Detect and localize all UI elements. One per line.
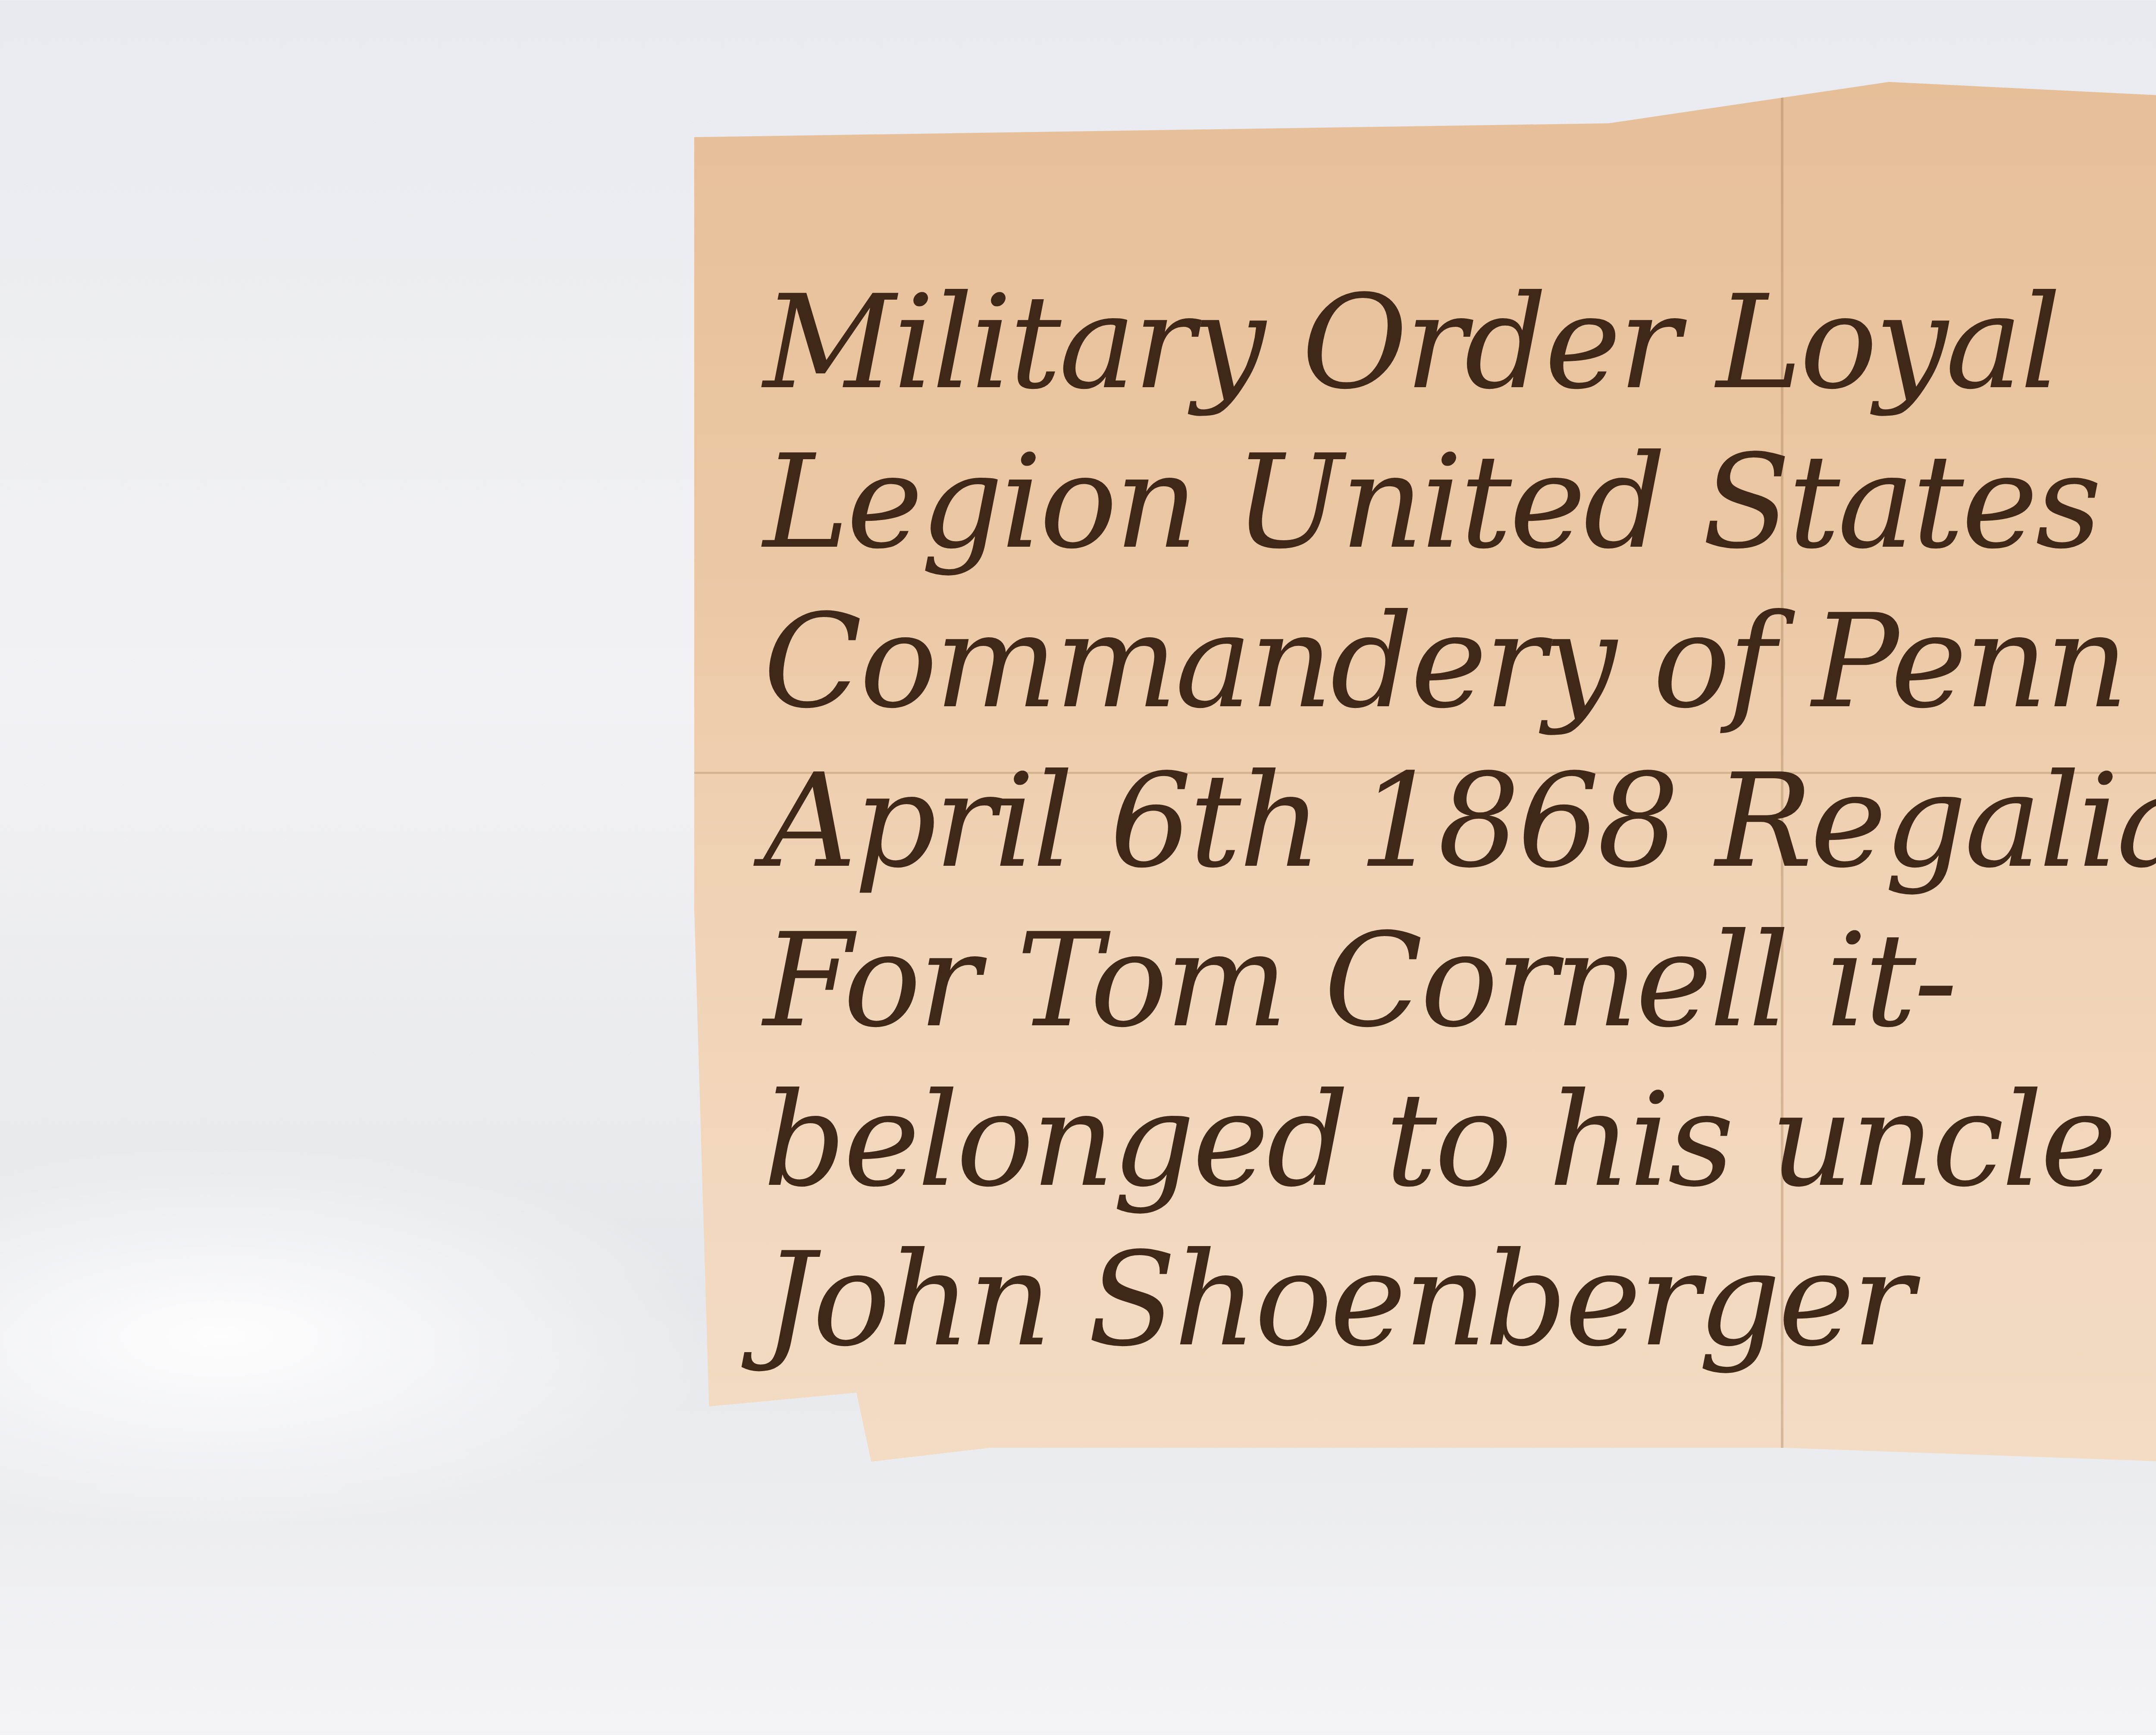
note-line: Legion United States	[763, 423, 2100, 582]
note-line: For Tom Cornell it-	[763, 901, 2100, 1061]
handwritten-note: Military Order Loyal Legion United State…	[694, 82, 2156, 1462]
note-line: belonged to his uncle	[763, 1061, 2100, 1220]
note-line: Commandery of Penn	[763, 582, 2100, 742]
note-line: Military Order Loyal	[763, 263, 2100, 423]
light-glare	[0, 1143, 733, 1531]
note-line: John Shoenberger	[763, 1220, 2100, 1380]
note-line: April 6th 1868 Regalia	[763, 742, 2100, 901]
note-text: Military Order Loyal Legion United State…	[763, 263, 2100, 1380]
